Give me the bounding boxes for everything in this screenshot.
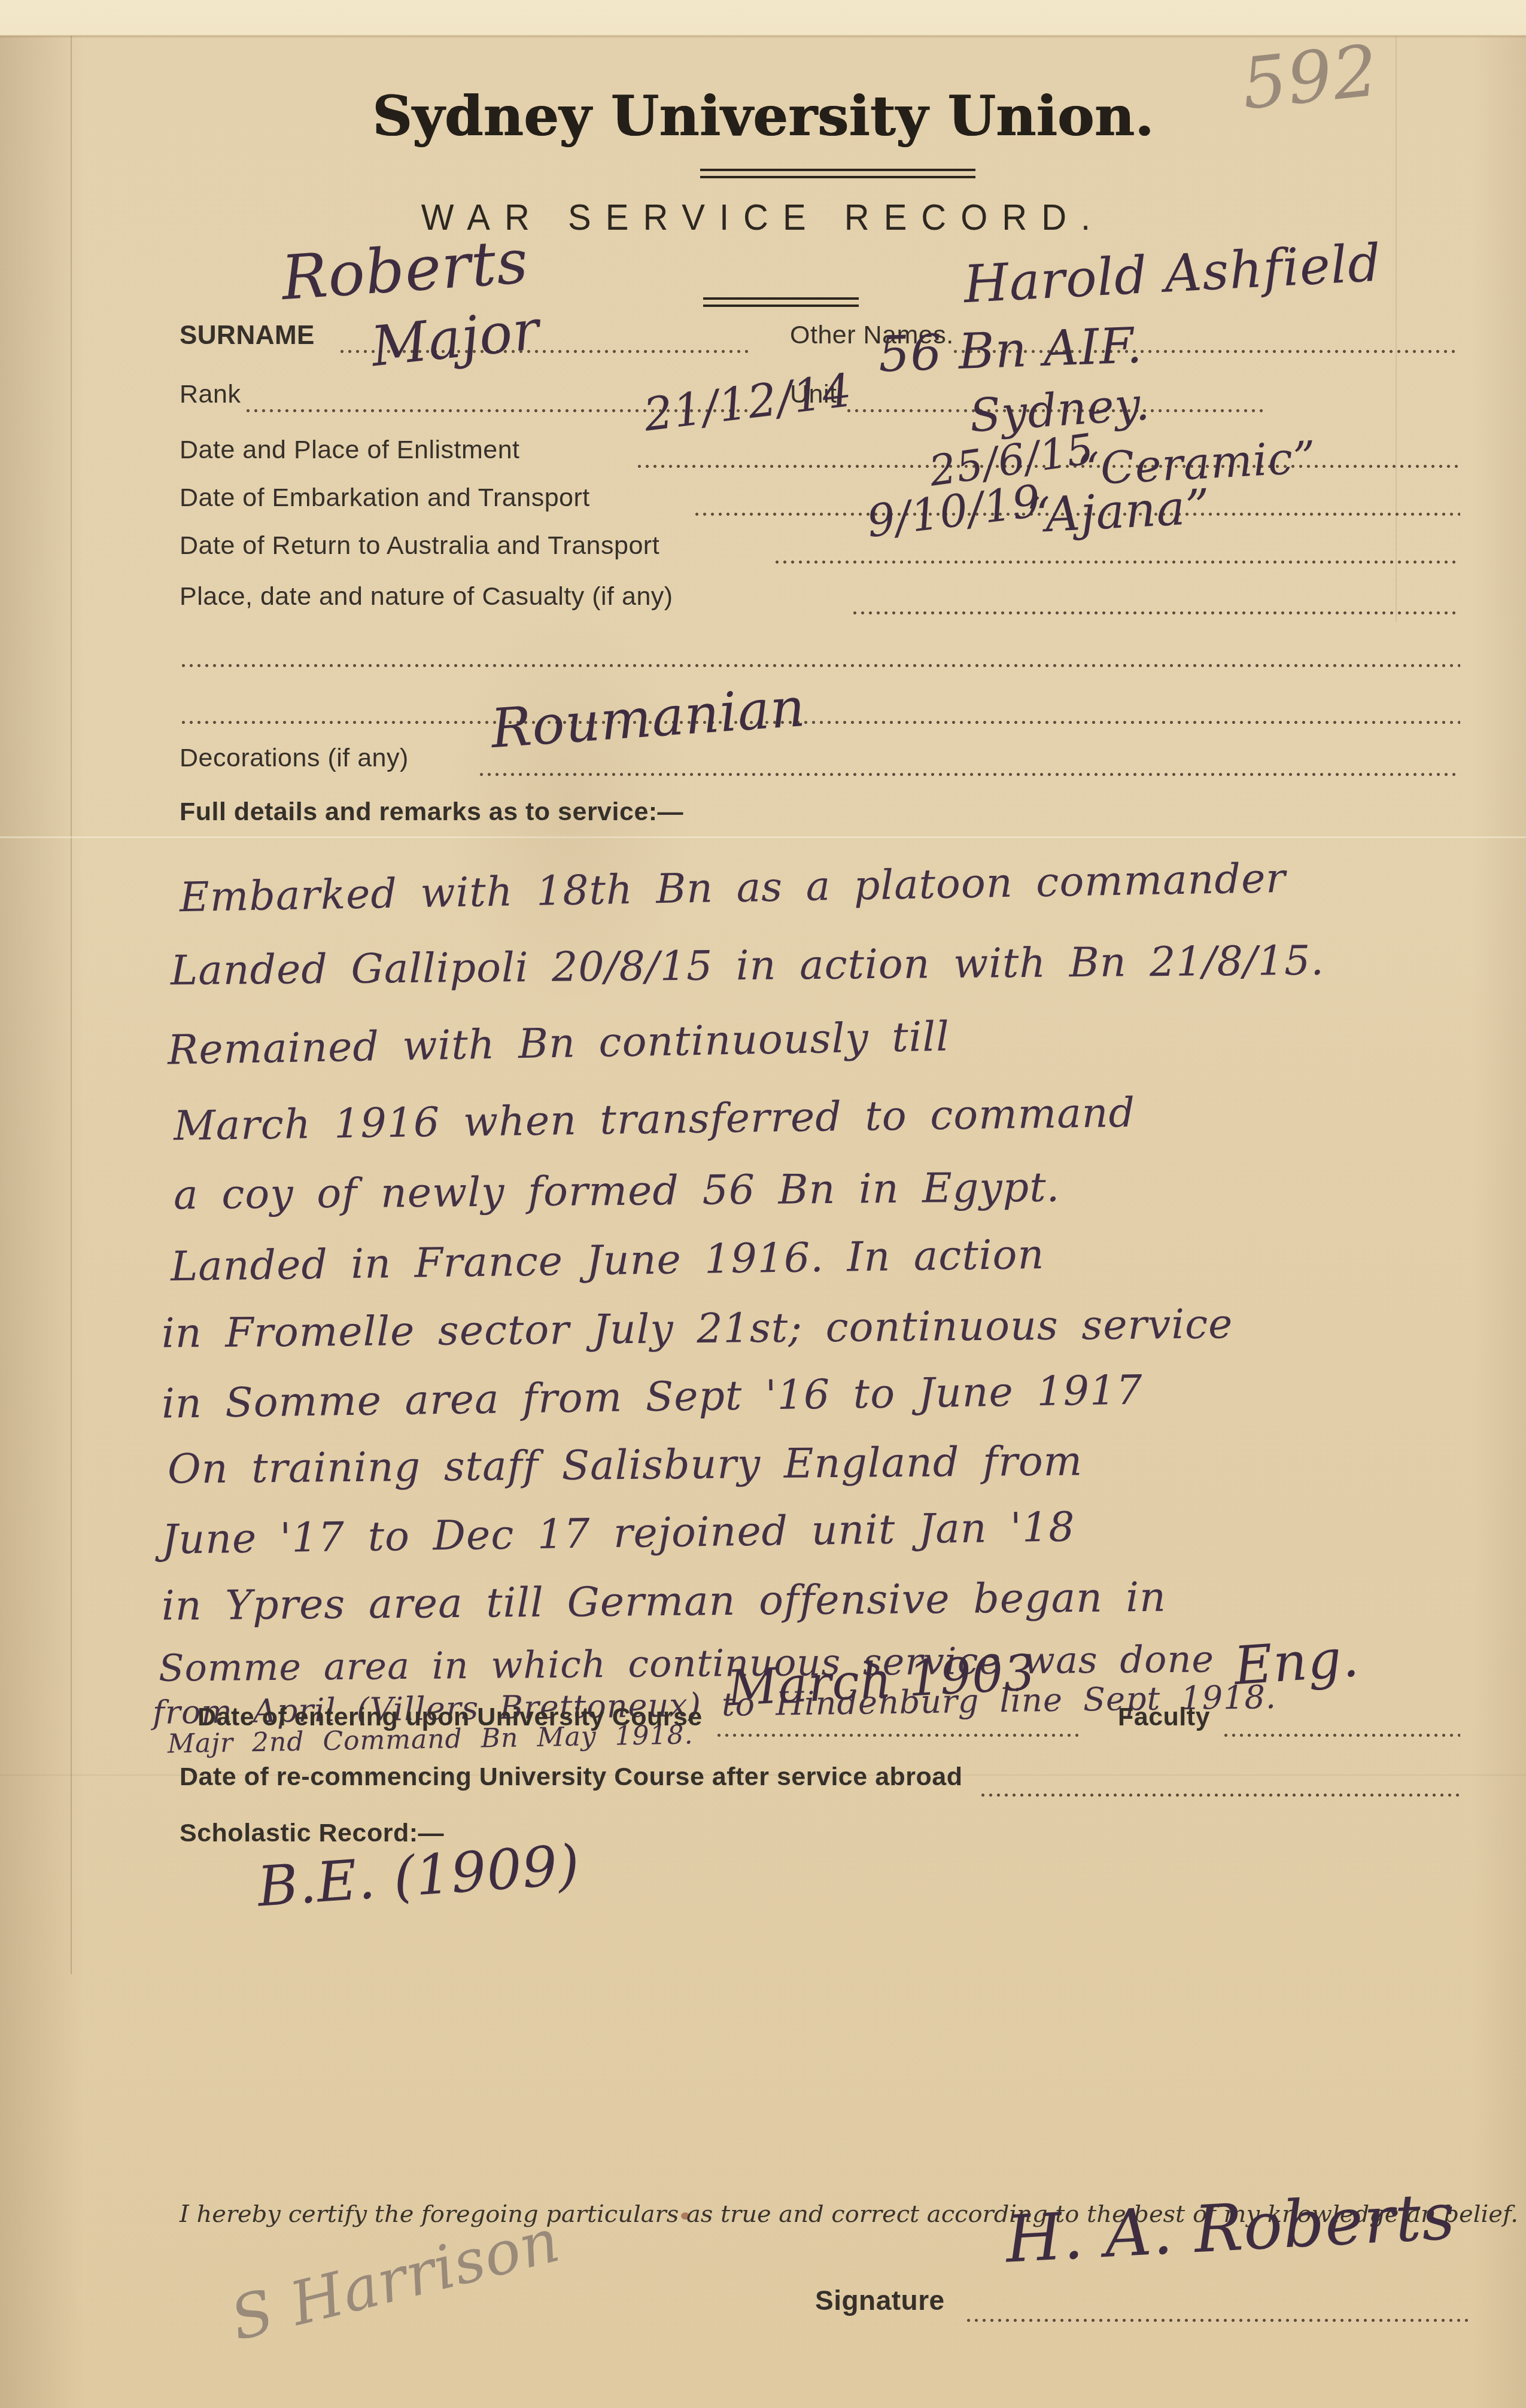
university-course-label: Date of entering upon University Course — [197, 1703, 703, 1732]
service-line: a coy of newly formed 56 Bn in Egypt. — [174, 1164, 1060, 1219]
paper-crease-vertical-2 — [1396, 36, 1397, 622]
faculty-value: Eng. — [1232, 1627, 1361, 1697]
blank-dot-leader-1 — [180, 664, 1460, 667]
service-line: Landed Gallipoli 20/8/15 in action with … — [171, 937, 1325, 995]
service-line: Remained with Bn continuously till — [167, 1013, 950, 1074]
paper-crease-vertical — [71, 36, 72, 1974]
page-title: Sydney University Union. — [372, 84, 1154, 148]
scholastic-record-label: Scholastic Record:— — [180, 1819, 444, 1848]
signature-dot-leader — [965, 2319, 1472, 2322]
blank-dot-leader-2 — [180, 721, 1460, 724]
decorations-dot-leader — [478, 773, 1460, 776]
rank-value: Major — [368, 298, 543, 379]
service-line: On training staff Salisbury England from — [168, 1438, 1083, 1493]
signature-label: Signature — [815, 2284, 945, 2316]
other-names-value: Harold Ashfield — [962, 233, 1383, 315]
surname-label: SURNAME — [180, 321, 315, 351]
return-dot-leader — [773, 561, 1460, 564]
title-double-rule — [700, 169, 975, 171]
archive-number-annotation: 592 — [1238, 29, 1382, 125]
service-line: in Ypres area till German offensive bega… — [162, 1574, 1167, 1630]
paper-edge-shading-right — [1472, 36, 1526, 2408]
casualty-dot-leader — [851, 611, 1460, 614]
surname-value: Roberts — [279, 226, 530, 315]
return-date-value: 9/10/19 — [864, 476, 1044, 548]
subtitle-double-rule — [703, 297, 859, 300]
service-details-label: Full details and remarks as to service:— — [180, 797, 683, 827]
service-line: in Fromelle sector July 21st; continuous… — [162, 1301, 1233, 1357]
service-line: in Somme area from Sept '16 to June 1917 — [162, 1367, 1143, 1428]
university-course-dot-leader — [715, 1734, 1080, 1737]
rank-label: Rank — [180, 380, 241, 409]
unit-value: 56 Bn AIF. — [877, 317, 1143, 383]
service-line: June '17 to Dec 17 rejoined unit Jan '18 — [162, 1503, 1075, 1563]
faculty-label: Faculty — [1118, 1703, 1210, 1732]
signature-value: H. A. Roberts — [1004, 2179, 1457, 2277]
service-line: Landed in France June 1916. In action — [171, 1231, 1045, 1290]
service-line: Embarked with 18th Bn as a platoon comma… — [179, 855, 1286, 921]
war-service-record-document: 592 Sydney University Union. WAR SERVICE… — [0, 0, 1526, 2408]
recommencing-label: Date of re-commencing University Course … — [180, 1762, 963, 1792]
paper-crease-horizontal — [0, 836, 1526, 838]
decorations-label: Decorations (if any) — [180, 744, 409, 773]
enlistment-date-value: 21/12/14 — [641, 363, 855, 442]
return-ship-value: “Ajana” — [1025, 479, 1212, 544]
embarkation-label: Date of Embarkation and Transport — [180, 483, 590, 513]
service-line: March 1916 when transferred to command — [174, 1089, 1136, 1150]
return-label: Date of Return to Australia and Transpor… — [180, 531, 659, 561]
casualty-label: Place, date and nature of Casualty (if a… — [180, 582, 673, 611]
recommencing-dot-leader — [979, 1794, 1460, 1797]
enlistment-label: Date and Place of Enlistment — [180, 436, 520, 465]
faculty-dot-leader — [1222, 1734, 1460, 1737]
